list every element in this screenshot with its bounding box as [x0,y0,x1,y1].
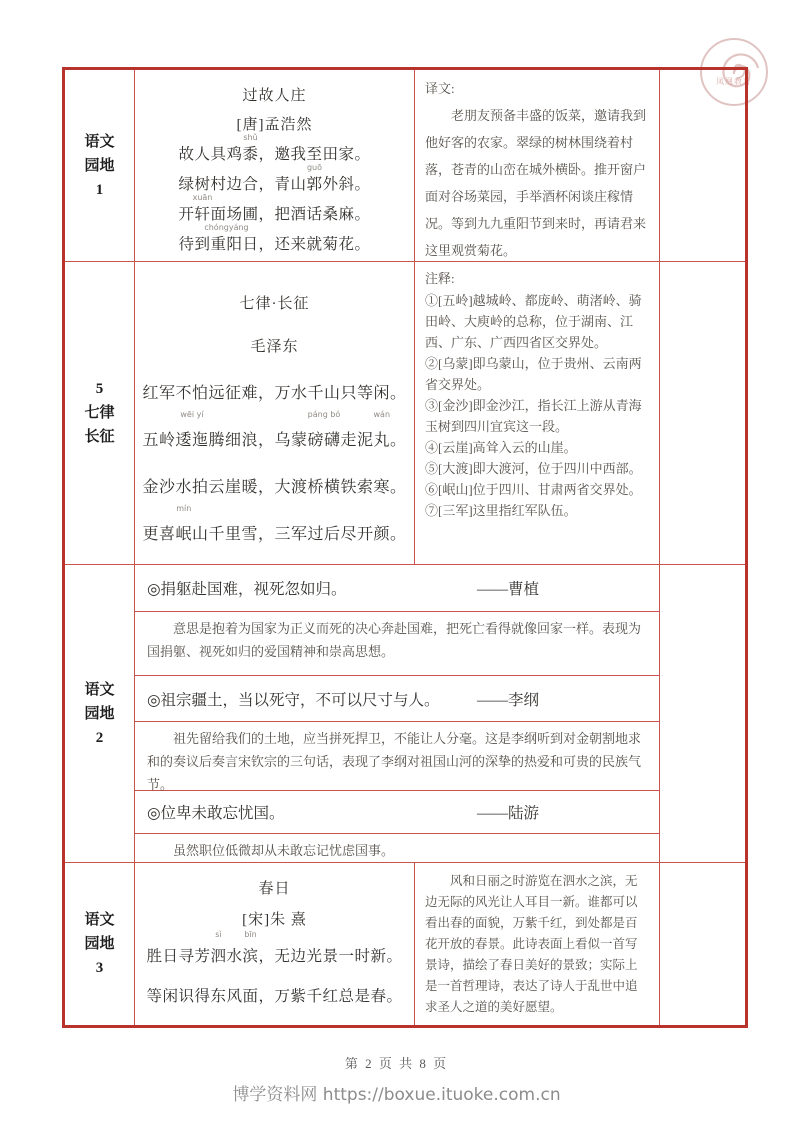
quote-text: ◎祖宗疆土，当以死守，不可以尺寸与人。 [147,688,440,710]
ruby-annotated-text: bīn滨 [243,937,259,977]
pinyin-label: páng bó [308,411,341,419]
section-label-yuwen-yuandi-3: 语文 园地 3 [65,863,135,1025]
pinyin-label: sì [215,931,221,939]
poem-author: 毛泽东 [135,335,414,356]
pinyin-label: shǔ [243,134,257,142]
poem-line: 待到chóngyáng重阳日，还来就菊花。 [135,230,414,260]
pinyin-label: mín [176,505,191,513]
poem-lines: 胜日寻芳sì泗水bīn滨，无边光景一时新。等闲识得东风面，万紫千红总是春。 [135,937,414,1017]
empty-cell [660,565,745,863]
analysis-cell: 风和日丽之时游览在泗水之滨，无边无际的风光让人耳目一新。谁都可以看出春的面貌，万… [415,863,660,1025]
section-label-qilv-changzheng: 5 七律 长征 [65,262,135,565]
poem-cell-chunri: 春日 [宋]朱 熹 胜日寻芳sì泗水bīn滨，无边光景一时新。等闲识得东风面，万… [135,863,415,1025]
empty-cell [660,262,745,565]
pinyin-label: wēi yí [180,411,203,419]
note-paragraph: 风和日丽之时游览在泗水之滨，无边无际的风光让人耳目一新。谁都可以看出春的面貌，万… [425,871,649,1018]
quote-row: ◎捐躯赴国难，视死忽如归。 ——曹植 [135,565,659,612]
quote-explanation: 虽然职位低微却从未敢忘记忧虑国事。 [135,834,659,862]
poem-author: [宋]朱 熹 [135,908,414,929]
note-paragraph: ⑦[三军]这里指红军队伍。 [425,500,649,521]
poem-title: 春日 [135,877,414,898]
quote-author: ——曹植 [477,577,539,599]
ruby-annotated-text: chóngyáng重阳 [210,230,242,260]
note-paragraph: 老朋友预备丰盛的饭菜，邀请我到他好客的农家。翠绿的树林围绕着村落，苍青的山峦在城… [425,102,649,262]
poem-line: 开xuān轩面场圃，把酒话桑麻。 [135,200,414,230]
ruby-annotated-text: páng bó磅礴 [307,417,340,464]
note-paragraph: ④[云崖]高耸入云的山崖。 [425,437,649,458]
ruby-annotated-text: guō郭 [306,170,322,200]
quote-text: ◎位卑未敢忘忧国。 [147,801,285,823]
note-paragraphs: 风和日丽之时游览在泗水之滨，无边无际的风光让人耳目一新。谁都可以看出春的面貌，万… [425,871,649,1018]
poem-line: 等闲识得东风面，万紫千红总是春。 [135,977,414,1017]
ruby-annotated-text: shǔ黍 [242,140,258,170]
ruby-annotated-text: mín岷 [175,511,192,558]
note-paragraph: ③[金沙]即金沙江，指长江上游从青海玉树到四川宜宾这一段。 [425,395,649,437]
poem-lines: 故人具鸡shǔ黍，邀我至田家。绿树村边合，青山guō郭外斜。开xuān轩面场圃，… [135,140,414,260]
quote-author: ——陆游 [477,801,539,823]
poem-line: 五岭wēi yí逶迤腾细浪，乌蒙páng bó磅礴走泥wán丸。 [135,417,414,464]
poem-line: 红军不怕远征难，万水千山只等闲。 [135,370,414,417]
poem-cell-changzheng: 七律·长征 毛泽东 红军不怕远征难，万水千山只等闲。五岭wēi yí逶迤腾细浪，… [135,262,415,565]
poem-title: 过故人庄 [135,84,414,105]
ruby-annotated-text: sì泗 [210,937,226,977]
poem-title: 七律·长征 [135,292,414,313]
explanation-text: 意思是抱着为国家为正义而死的决心奔赴国难，把死亡看得就像回家一样。表现为国捐躯、… [147,617,647,663]
pinyin-label: chóngyáng [204,224,248,232]
translation-cell: 译文: 老朋友预备丰盛的饭菜，邀请我到他好客的农家。翠绿的树林围绕着村落，苍青的… [415,70,660,262]
section-label-yuwen-yuandi-2: 语文 园地 2 [65,565,135,863]
poem-line: 胜日寻芳sì泗水bīn滨，无边光景一时新。 [135,937,414,977]
annotations-cell: 注释: ①[五岭]越城岭、都庞岭、萌渚岭、骑田岭、大庾岭的总称，位于湖南、江西、… [415,262,660,565]
pinyin-label: wán [374,411,391,419]
note-paragraphs: 老朋友预备丰盛的饭菜，邀请我到他好客的农家。翠绿的树林围绕着村落，苍青的山峦在城… [425,102,649,262]
quote-author: ——李纲 [477,688,539,710]
note-paragraph: ②[乌蒙]即乌蒙山，位于贵州、云南两省交界处。 [425,353,649,395]
poem-author: [唐]孟浩然 [135,113,414,134]
note-paragraph: ⑤[大渡]即大渡河，位于四川中西部。 [425,458,649,479]
poem-line: 故人具鸡shǔ黍，邀我至田家。 [135,140,414,170]
poem-lines: 红军不怕远征难，万水千山只等闲。五岭wēi yí逶迤腾细浪，乌蒙páng bó磅… [135,370,414,558]
section-label-yuwen-yuandi-1: 语文 园地 1 [65,70,135,262]
pinyin-label: xuān [193,194,213,202]
note-paragraph: ⑥[岷山]位于四川、甘肃两省交界处。 [425,479,649,500]
explanation-text: 虽然职位低微却从未敢忘记忧虑国事。 [147,839,647,862]
quote-row: ◎祖宗疆土，当以死守，不可以尺寸与人。 ——李纲 [135,676,659,722]
quote-explanation: 意思是抱着为国家为正义而死的决心奔赴国难，把死亡看得就像回家一样。表现为国捐躯、… [135,612,659,676]
note-heading: 注释: [425,268,649,290]
quote-row: ◎位卑未敢忘忧国。 ——陆游 [135,791,659,834]
note-heading: 译文: [425,76,649,102]
pinyin-label: bīn [244,931,256,939]
empty-cell [660,863,745,1025]
poem-line: 更喜mín岷山千里雪，三军过后尽开颜。 [135,511,414,558]
poem-cell-guoguren-zhuang: 过故人庄 [唐]孟浩然 故人具鸡shǔ黍，邀我至田家。绿树村边合，青山guō郭外… [135,70,415,262]
ruby-annotated-text: wán丸 [374,417,391,464]
site-footer: 博学资料网 https://boxue.ituoke.com.cn [0,1080,793,1105]
explanation-text: 祖先留给我们的土地，应当拼死捍卫，不能让人分毫。这是李纲听到对金朝割地求和的奏议… [147,727,647,796]
page-number: 第 2 页 共 8 页 [0,1053,793,1072]
note-paragraphs: ①[五岭]越城岭、都庞岭、萌渚岭、骑田岭、大庾岭的总称，位于湖南、江西、广东、广… [425,290,649,521]
pinyin-label: guō [307,164,322,172]
poem-line: 绿树村边合，青山guō郭外斜。 [135,170,414,200]
study-table: 语文 园地 1 过故人庄 [唐]孟浩然 故人具鸡shǔ黍，邀我至田家。绿树村边合… [62,67,748,1028]
empty-cell [660,70,745,262]
ruby-annotated-text: wēi yí逶迤 [175,417,208,464]
quote-explanation: 祖先留给我们的土地，应当拼死捍卫，不能让人分毫。这是李纲听到对金朝割地求和的奏议… [135,722,659,791]
quote-text: ◎捐躯赴国难，视死忽如归。 [147,577,347,599]
note-paragraph: ①[五岭]越城岭、都庞岭、萌渚岭、骑田岭、大庾岭的总称，位于湖南、江西、广东、广… [425,290,649,353]
quotes-cell: ◎捐躯赴国难，视死忽如归。 ——曹植 意思是抱着为国家为正义而死的决心奔赴国难，… [135,565,660,863]
